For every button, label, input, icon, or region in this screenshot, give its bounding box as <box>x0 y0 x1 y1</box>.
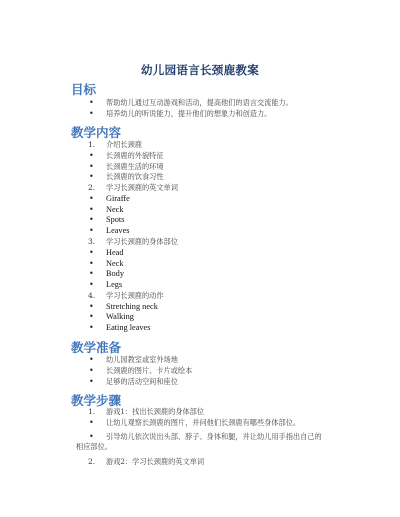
bullet-marker: • <box>89 416 94 430</box>
list-item-text: 培养幼儿的听说能力，提升他们的想象力和创造力。 <box>106 107 271 121</box>
bullet-marker: • <box>89 375 94 389</box>
list-item-text: Eating leaves <box>106 321 150 335</box>
list-item: • 让幼儿观察长颈鹿的图片，并问他们长颈鹿有哪些身体部位。 <box>0 416 400 430</box>
number-marker: 2. <box>88 455 95 469</box>
list-item-text: 让幼儿观察长颈鹿的图片，并问他们长颈鹿有哪些身体部位。 <box>106 416 300 430</box>
list-item-continuation: 相应部位。 <box>0 440 400 454</box>
bullet-marker: • <box>89 321 94 335</box>
list-item-text: 游戏2：学习长颈鹿的英文单词 <box>106 455 204 469</box>
document-page: 幼儿园语言长颈鹿教案 目标 • 帮助幼儿通过互动游戏和活动，提高他们的语言交流能… <box>0 0 400 517</box>
list-item: • 培养幼儿的听说能力，提升他们的想象力和创造力。 <box>0 107 400 121</box>
list-item-text: 足够的活动空间和座位 <box>106 375 178 389</box>
list-item: 2. 游戏2：学习长颈鹿的英文单词 <box>0 455 400 469</box>
list-item: • Eating leaves <box>0 321 400 335</box>
document-title: 幼儿园语言长颈鹿教案 <box>0 62 400 78</box>
bullet-marker: • <box>89 107 94 121</box>
list-item: • 足够的活动空间和座位 <box>0 375 400 389</box>
list-item-text: 相应部位。 <box>76 440 112 454</box>
